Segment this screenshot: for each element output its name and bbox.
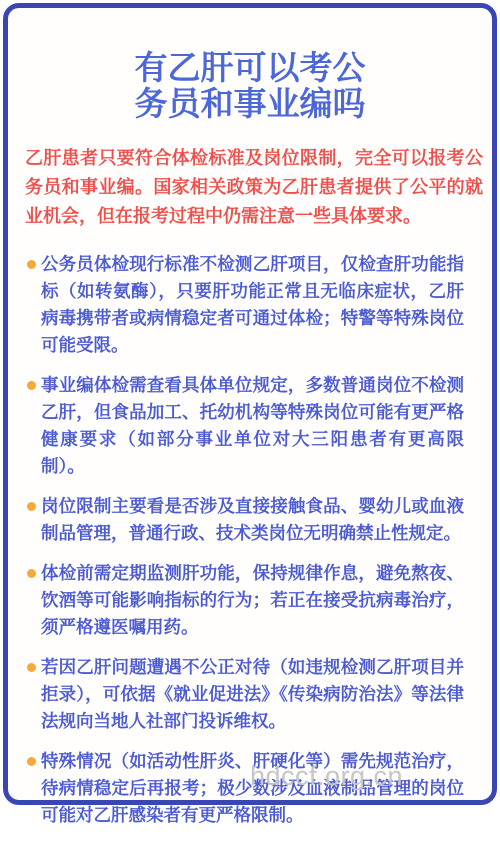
- bullet-dot-icon: [27, 381, 36, 390]
- key-points-list: 公务员体检现行标准不检测乙肝项目，仅检查肝功能指标（如转氨酶），只要肝功能正常且…: [8, 251, 470, 813]
- bullet-dot-icon: [27, 260, 36, 269]
- info-card: 有乙肝可以考公 务员和事业编吗 乙肝患者只要符合体检标准及岗位限制，完全可以报考…: [3, 3, 497, 805]
- page-title: 有乙肝可以考公 务员和事业编吗: [8, 50, 492, 122]
- list-item-text: 若因乙肝问题遭遇不公正对待（如违规检测乙肝项目并拒录），可依据《就业促进法》《传…: [41, 657, 464, 731]
- list-item-text: 公务员体检现行标准不检测乙肝项目，仅检查肝功能指标（如转氨酶），只要肝功能正常且…: [41, 254, 464, 355]
- page-title-line-1: 有乙肝可以考公: [8, 50, 492, 86]
- list-item-text: 岗位限制主要看是否涉及直接接触食品、婴幼儿或血液制品管理，普通行政、技术类岗位无…: [41, 496, 464, 543]
- bullet-dot-icon: [27, 502, 36, 511]
- list-item: 岗位限制主要看是否涉及直接接触食品、婴幼儿或血液制品管理，普通行政、技术类岗位无…: [8, 493, 470, 547]
- bullet-dot-icon: [27, 569, 36, 578]
- watermark-url: hdccf.org.cn: [250, 760, 403, 792]
- list-item: 体检前需定期监测肝功能，保持规律作息，避免熬夜、饮酒等可能影响指标的行为；若正在…: [8, 560, 470, 641]
- list-item: 事业编体检需查看具体单位规定，多数普通岗位不检测乙肝，但食品加工、托幼机构等特殊…: [8, 372, 470, 480]
- list-item: 公务员体检现行标准不检测乙肝项目，仅检查肝功能指标（如转氨酶），只要肝功能正常且…: [8, 251, 470, 359]
- page-title-line-2: 务员和事业编吗: [8, 86, 492, 122]
- bullet-dot-icon: [27, 757, 36, 766]
- list-item-text: 体检前需定期监测肝功能，保持规律作息，避免熬夜、饮酒等可能影响指标的行为；若正在…: [41, 563, 464, 637]
- intro-paragraph: 乙肝患者只要符合体检标准及岗位限制，完全可以报考公务员和事业编。国家相关政策为乙…: [25, 144, 483, 231]
- list-item-text: 事业编体检需查看具体单位规定，多数普通岗位不检测乙肝，但食品加工、托幼机构等特殊…: [41, 375, 464, 476]
- list-item: 若因乙肝问题遭遇不公正对待（如违规检测乙肝项目并拒录），可依据《就业促进法》《传…: [8, 654, 470, 735]
- bullet-dot-icon: [27, 663, 36, 672]
